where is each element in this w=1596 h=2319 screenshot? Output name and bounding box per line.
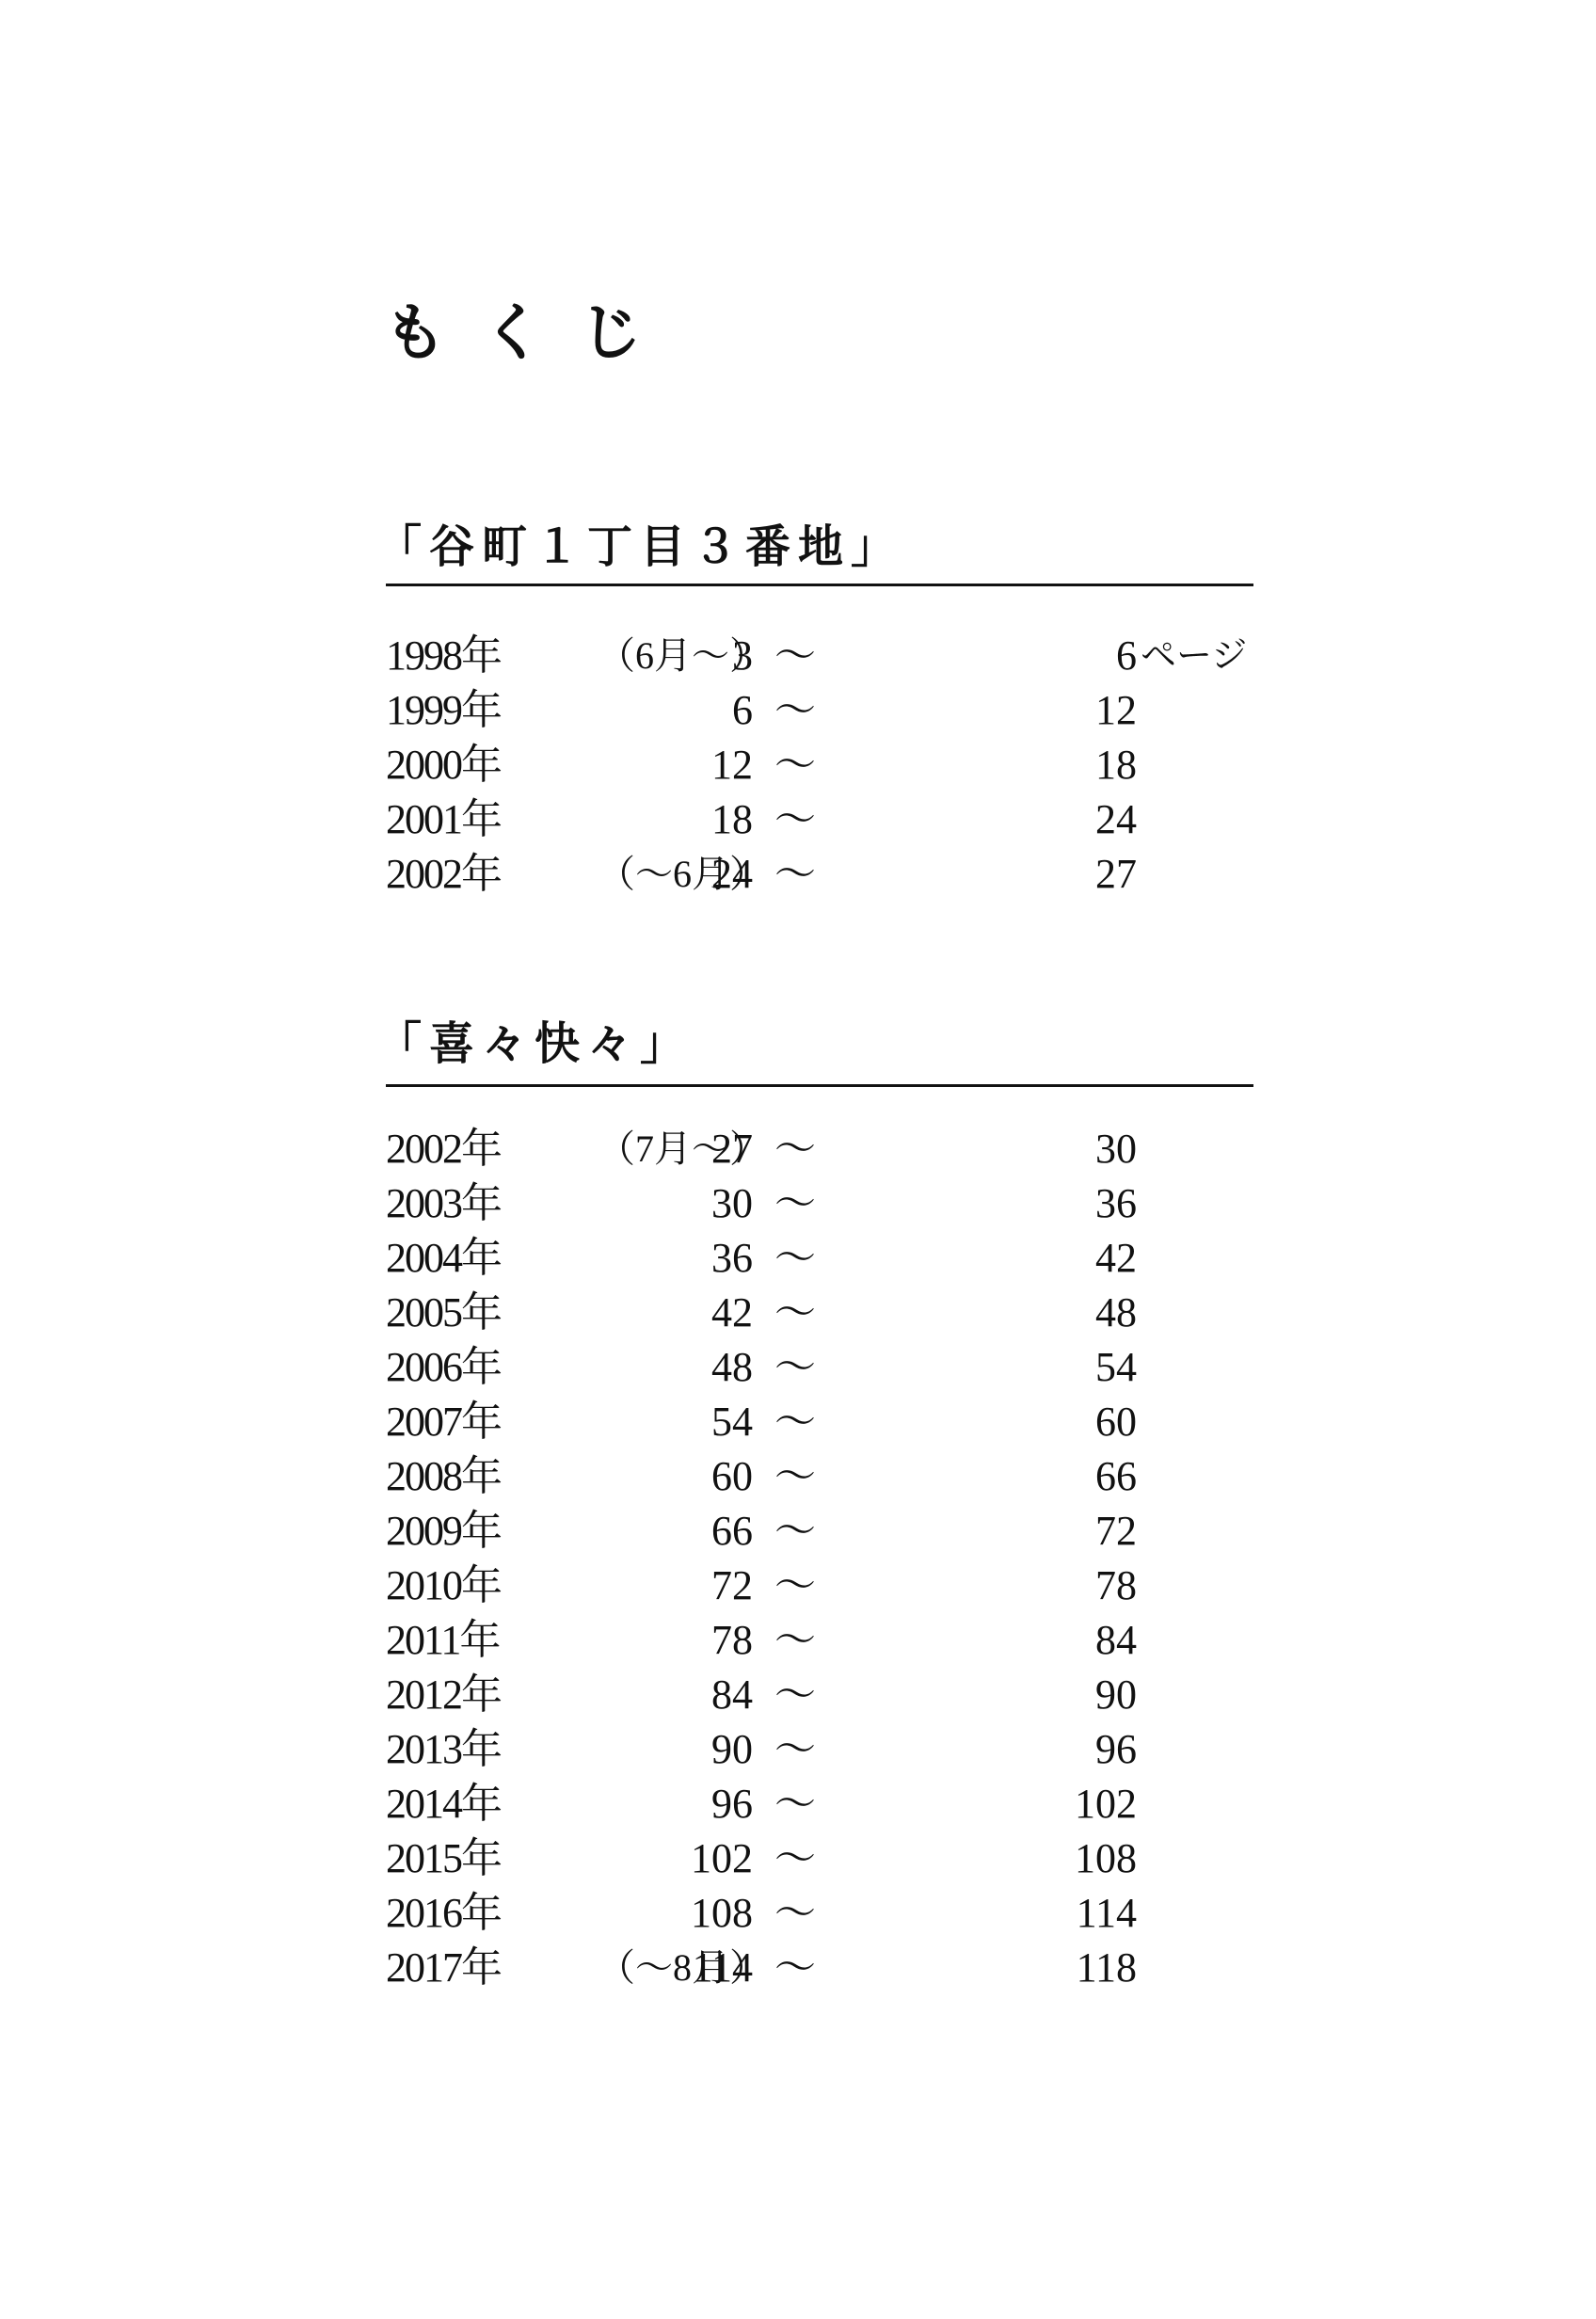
toc-entry: 2003年30～36 — [386, 1176, 1252, 1231]
toc-year: 2014年 — [386, 1777, 501, 1831]
toc-page-start: 108 — [691, 1886, 753, 1941]
toc-page-start: 78 — [711, 1613, 753, 1668]
toc-year: 2017年 — [386, 1941, 501, 1995]
toc-year: 2015年 — [386, 1831, 501, 1886]
toc-page-end: 114 — [1077, 1886, 1137, 1941]
toc-page-start: 84 — [711, 1668, 753, 1722]
range-tilde: ～ — [767, 1286, 823, 1340]
range-tilde: ～ — [767, 1122, 823, 1176]
range-tilde: ～ — [767, 847, 823, 902]
toc-page-end: 78 — [1095, 1559, 1137, 1613]
toc-year: 1998年 — [386, 629, 501, 683]
section-heading-kiki-kaikai: 「喜々快々」 — [376, 1007, 693, 1072]
range-tilde: ～ — [767, 1559, 823, 1613]
toc-page-start: 90 — [711, 1722, 753, 1777]
toc-page-start: 6 — [732, 683, 753, 738]
toc-page-end: 96 — [1095, 1722, 1137, 1777]
toc-entry: 2008年60～66 — [386, 1449, 1252, 1504]
toc-page-end: 108 — [1075, 1831, 1137, 1886]
toc-page-end: 66 — [1095, 1449, 1137, 1504]
toc-year: 2002年 — [386, 847, 501, 902]
toc-page-end: 72 — [1095, 1504, 1137, 1559]
toc-page-end: 27 — [1095, 847, 1137, 902]
toc-page-end: 102 — [1075, 1777, 1137, 1831]
toc-page-start: 72 — [711, 1559, 753, 1613]
toc-year: 2001年 — [386, 792, 501, 847]
toc-entry: 2000年12～18 — [386, 738, 1252, 792]
toc-page-end: 30 — [1095, 1122, 1137, 1176]
toc-year: 2016年 — [386, 1886, 501, 1941]
range-tilde: ～ — [767, 792, 823, 847]
toc-entry: 2010年72～78 — [386, 1559, 1252, 1613]
toc-page-end: 84 — [1095, 1613, 1137, 1668]
toc-page-start: 54 — [711, 1395, 753, 1449]
toc-year: 2000年 — [386, 738, 501, 792]
toc-page-start: 12 — [711, 738, 753, 792]
toc-year: 2005年 — [386, 1286, 501, 1340]
toc-year: 2002年 — [386, 1122, 501, 1176]
toc-year: 2003年 — [386, 1176, 501, 1231]
toc-year: 2007年 — [386, 1395, 501, 1449]
section-divider — [386, 1084, 1253, 1087]
range-tilde: ～ — [767, 1668, 823, 1722]
toc-entry: 2012年84～90 — [386, 1668, 1252, 1722]
toc-entry: 2015年102～108 — [386, 1831, 1252, 1886]
toc-page-start: 3 — [732, 629, 753, 683]
range-tilde: ～ — [767, 1395, 823, 1449]
toc-entry: 1998年（6月～）3～6ページ — [386, 629, 1252, 683]
range-tilde: ～ — [767, 1777, 823, 1831]
toc-entry: 2014年96～102 — [386, 1777, 1252, 1831]
toc-page-end: 42 — [1095, 1231, 1137, 1286]
toc-entry: 2005年42～48 — [386, 1286, 1252, 1340]
toc-page-end: 118 — [1077, 1941, 1137, 1995]
toc-year: 2011年 — [386, 1613, 499, 1668]
range-tilde: ～ — [767, 683, 823, 738]
toc-page-end: 18 — [1095, 738, 1137, 792]
toc-year: 2010年 — [386, 1559, 501, 1613]
toc-page-start: 18 — [711, 792, 753, 847]
toc-page-start: 114 — [693, 1941, 753, 1995]
toc-entry: 2001年18～24 — [386, 792, 1252, 847]
section-divider — [386, 584, 1253, 586]
page-title: もくじ — [384, 282, 678, 372]
toc-page-start: 60 — [711, 1449, 753, 1504]
toc-entry: 2011年78～84 — [386, 1613, 1252, 1668]
range-tilde: ～ — [767, 629, 823, 683]
toc-page-start: 30 — [711, 1176, 753, 1231]
toc-page-start: 66 — [711, 1504, 753, 1559]
toc-page-end: 48 — [1095, 1286, 1137, 1340]
range-tilde: ～ — [767, 1613, 823, 1668]
toc-entry: 2004年36～42 — [386, 1231, 1252, 1286]
toc-year: 2006年 — [386, 1340, 501, 1395]
toc-year: 2009年 — [386, 1504, 501, 1559]
range-tilde: ～ — [767, 1449, 823, 1504]
range-tilde: ～ — [767, 1886, 823, 1941]
toc-page-end: 12 — [1095, 683, 1137, 738]
toc-page-end: 90 — [1095, 1668, 1137, 1722]
toc-entry: 2017年（～8月）114～118 — [386, 1941, 1252, 1995]
range-tilde: ～ — [767, 1231, 823, 1286]
range-tilde: ～ — [767, 1340, 823, 1395]
range-tilde: ～ — [767, 1831, 823, 1886]
page-unit-label: ページ — [1141, 629, 1247, 683]
toc-page-start: 24 — [711, 847, 753, 902]
toc-page-start: 96 — [711, 1777, 753, 1831]
range-tilde: ～ — [767, 1722, 823, 1777]
toc-year: 2008年 — [386, 1449, 501, 1504]
toc-entry: 2002年（7月～）27～30 — [386, 1122, 1252, 1176]
toc-page-start: 42 — [711, 1286, 753, 1340]
toc-page-end: 36 — [1095, 1176, 1137, 1231]
range-tilde: ～ — [767, 1176, 823, 1231]
toc-entry: 2006年48～54 — [386, 1340, 1252, 1395]
toc-page-end: 60 — [1095, 1395, 1137, 1449]
toc-entry: 2016年108～114 — [386, 1886, 1252, 1941]
toc-page-start: 102 — [691, 1831, 753, 1886]
toc-entry: 2013年90～96 — [386, 1722, 1252, 1777]
range-tilde: ～ — [767, 738, 823, 792]
toc-entry: 2002年（～6月）24～27 — [386, 847, 1252, 902]
toc-year: 1999年 — [386, 683, 501, 738]
toc-page-end: 54 — [1095, 1340, 1137, 1395]
toc-page-end: 6 — [1116, 629, 1137, 683]
range-tilde: ～ — [767, 1941, 823, 1995]
section-heading-tanimachi: 「谷町１丁目３番地」 — [376, 510, 903, 575]
toc-page-start: 27 — [711, 1122, 753, 1176]
range-tilde: ～ — [767, 1504, 823, 1559]
toc-year: 2013年 — [386, 1722, 501, 1777]
toc-entry: 1999年6～12 — [386, 683, 1252, 738]
toc-page-end: 24 — [1095, 792, 1137, 847]
toc-entry: 2009年66～72 — [386, 1504, 1252, 1559]
toc-entry: 2007年54～60 — [386, 1395, 1252, 1449]
toc-year: 2004年 — [386, 1231, 501, 1286]
toc-year: 2012年 — [386, 1668, 501, 1722]
toc-page-start: 48 — [711, 1340, 753, 1395]
toc-page-start: 36 — [711, 1231, 753, 1286]
